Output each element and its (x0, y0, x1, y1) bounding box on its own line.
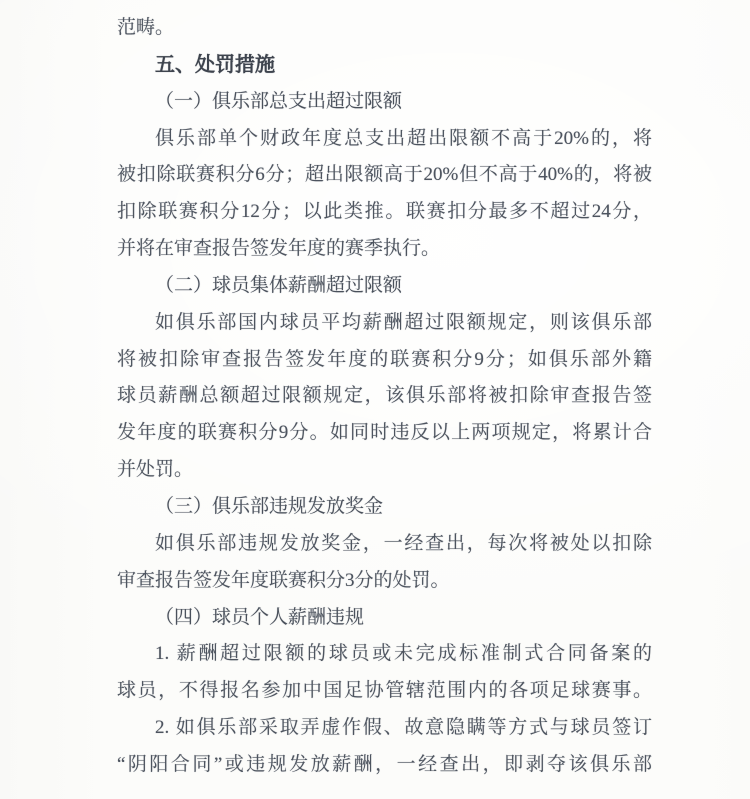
text-line: 发年度的联赛积分9分。如同时违反以上两项规定，将累计合 (117, 415, 652, 452)
section-title-4-individual-salary: （四）球员个人薪酬违规 (117, 600, 652, 637)
text-line-paragraph-end: 并将在审查报告签发年度的赛季执行。 (117, 231, 652, 268)
section-title-3-illegal-bonus: （三）俱乐部违规发放奖金 (117, 489, 652, 526)
text-line-item-2: 2. 如俱乐部采取弄虚作假、故意隐瞒等方式与球员签订 (117, 710, 652, 747)
text-line: 球员薪酬总额超过限额规定，该俱乐部将被扣除审查报告签 (117, 378, 652, 415)
section-title-2-collective-salary: （二）球员集体薪酬超过限额 (117, 268, 652, 305)
text-line: “阴阳合同”或违规发放薪酬，一经查出，即剥夺该俱乐部 (117, 747, 652, 784)
document-page: 范畴。 五、处罚措施 （一）俱乐部总支出超过限额 俱乐部单个财政年度总支出超出限… (0, 0, 750, 799)
text-line: 球员，不得报名参加中国足协管辖范围内的各项足球赛事。 (117, 673, 652, 710)
text-line: 如俱乐部国内球员平均薪酬超过限额规定，则该俱乐部 (117, 305, 652, 342)
text-column: 范畴。 五、处罚措施 （一）俱乐部总支出超过限额 俱乐部单个财政年度总支出超出限… (117, 10, 652, 784)
text-line-paragraph-end: 范畴。 (117, 10, 652, 47)
text-line: 扣除联赛积分12分；以此类推。联赛扣分最多不超过24分， (117, 194, 652, 231)
text-line-paragraph-end: 审查报告签发年度联赛积分3分的处罚。 (117, 563, 652, 600)
text-line: 俱乐部单个财政年度总支出超出限额不高于20%的，将 (117, 121, 652, 158)
text-line-paragraph-end: 并处罚。 (117, 452, 652, 489)
section-title-1-total-expenditure: （一）俱乐部总支出超过限额 (117, 84, 652, 121)
text-line: 如俱乐部违规发放奖金，一经查出，每次将被处以扣除 (117, 526, 652, 563)
text-line: 将被扣除审查报告签发年度的联赛积分9分；如俱乐部外籍 (117, 342, 652, 379)
text-line-item-1: 1. 薪酬超过限额的球员或未完成标准制式合同备案的 (117, 636, 652, 673)
chapter-heading-penalty-measures: 五、处罚措施 (117, 47, 652, 84)
text-line: 被扣除联赛积分6分；超出限额高于20%但不高于40%的，将被 (117, 157, 652, 194)
